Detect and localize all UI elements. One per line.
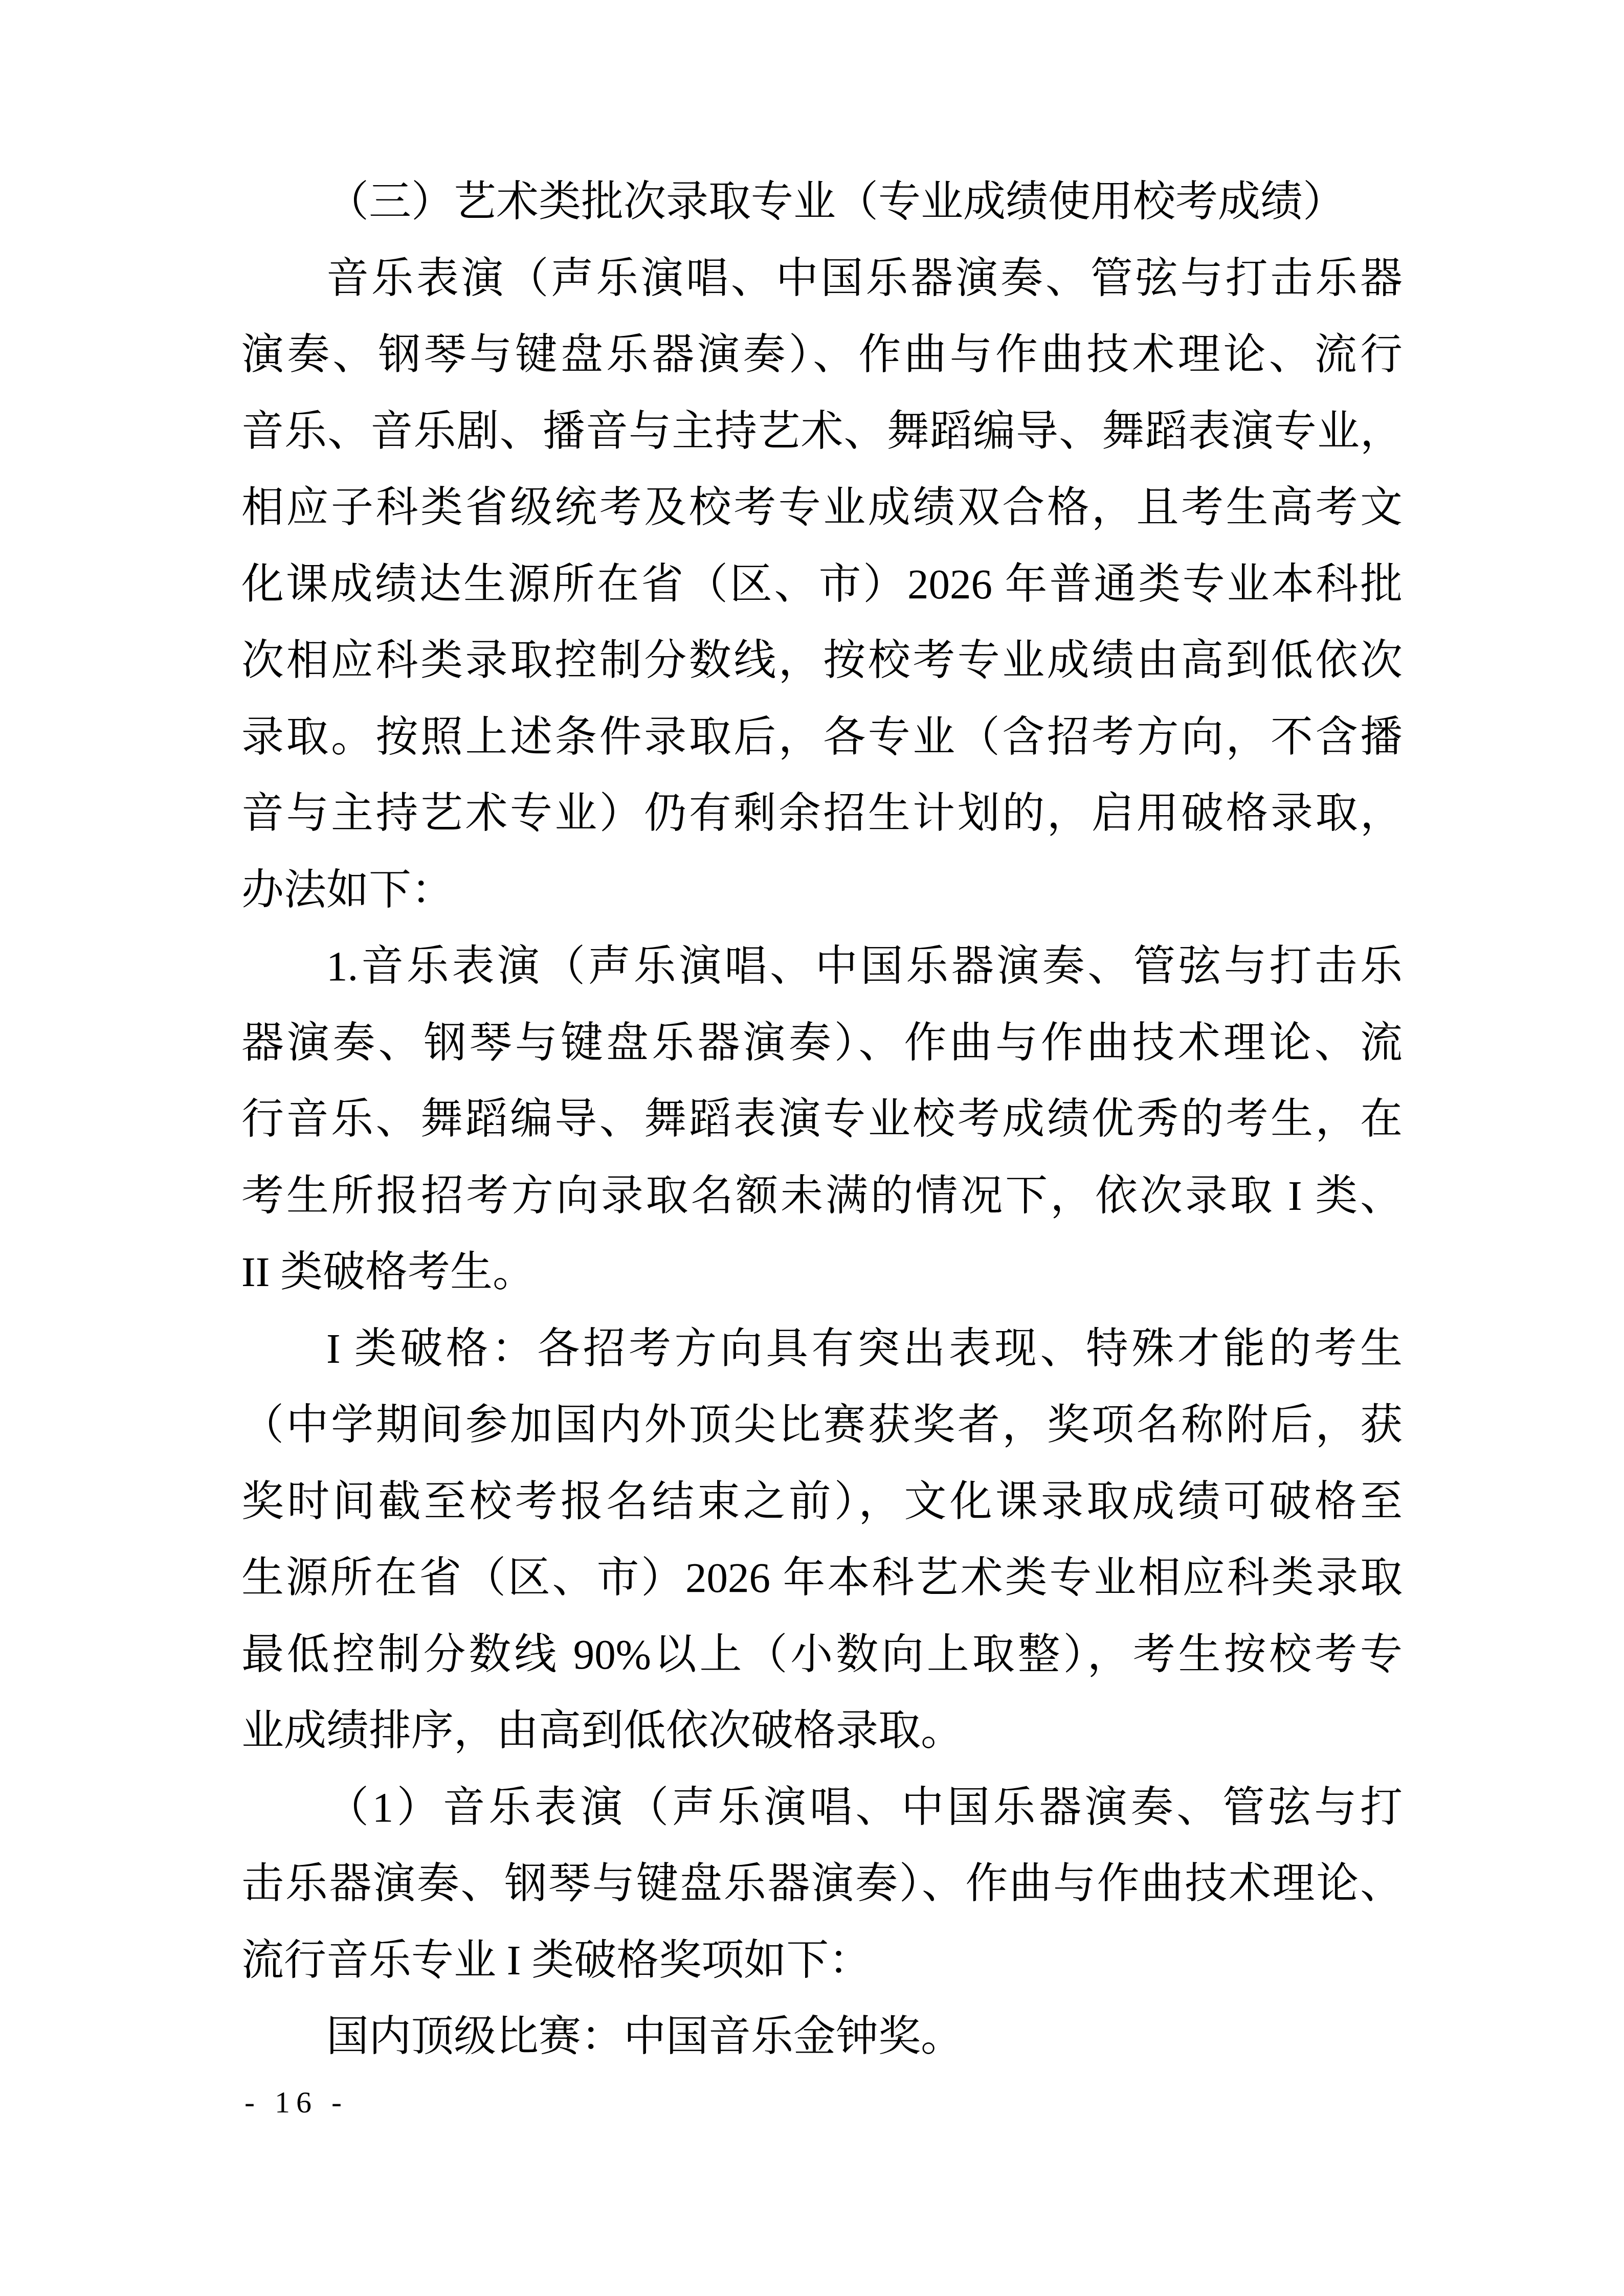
- text-line: 音乐、音乐剧、播音与主持艺术、舞蹈编导、舞蹈表演专业，: [241, 393, 1403, 470]
- text-line: 业成绩排序，由高到低依次破格录取。: [241, 1693, 1403, 1769]
- text-line: 次相应科类录取控制分数线，按校考专业成绩由高到低依次: [241, 622, 1403, 699]
- text-line: 音与主持艺术专业）仍有剩余招生计划的，启用破格录取，: [241, 775, 1403, 852]
- text-line: （中学期间参加国内外顶尖比赛获奖者，奖项名称附后，获: [241, 1387, 1403, 1464]
- text-line: II 类破格考生。: [241, 1234, 1403, 1311]
- text-line: I 类破格：各招考方向具有突出表现、特殊才能的考生: [241, 1311, 1403, 1387]
- text-line: 化课成绩达生源所在省（区、市）2026 年普通类专业本科批: [241, 546, 1403, 623]
- text-line: 相应子科类省级统考及校考专业成绩双合格，且考生高考文: [241, 469, 1403, 546]
- text-line: 行音乐、舞蹈编导、舞蹈表演专业校考成绩优秀的考生，在: [241, 1081, 1403, 1158]
- text-line: 音乐表演（声乐演唱、中国乐器演奏、管弦与打击乐器: [241, 240, 1403, 317]
- text-line: 奖时间截至校考报名结束之前），文化课录取成绩可破格至: [241, 1464, 1403, 1540]
- text-line: 最低控制分数线 90%以上（小数向上取整），考生按校考专: [241, 1616, 1403, 1693]
- text-line: 击乐器演奏、钢琴与键盘乐器演奏）、作曲与作曲技术理论、: [241, 1845, 1403, 1922]
- text-line: 流行音乐专业 I 类破格奖项如下：: [241, 1922, 1403, 1999]
- text-line: 考生所报招考方向录取名额未满的情况下，依次录取 I 类、: [241, 1158, 1403, 1234]
- document-page: （三）艺术类批次录取专业（专业成绩使用校考成绩）音乐表演（声乐演唱、中国乐器演奏…: [0, 0, 1624, 2296]
- text-line: 国内顶级比赛：中国音乐金钟奖。: [241, 1998, 1403, 2075]
- text-line: （1）音乐表演（声乐演唱、中国乐器演奏、管弦与打: [241, 1769, 1403, 1846]
- text-line: 器演奏、钢琴与键盘乐器演奏）、作曲与作曲技术理论、流: [241, 1005, 1403, 1082]
- text-line: 生源所在省（区、市）2026 年本科艺术类专业相应科类录取: [241, 1540, 1403, 1616]
- text-line: 1.音乐表演（声乐演唱、中国乐器演奏、管弦与打击乐: [241, 928, 1403, 1005]
- text-line: 演奏、钢琴与键盘乐器演奏）、作曲与作曲技术理论、流行: [241, 317, 1403, 393]
- document-body: （三）艺术类批次录取专业（专业成绩使用校考成绩）音乐表演（声乐演唱、中国乐器演奏…: [241, 164, 1403, 2075]
- text-line: （三）艺术类批次录取专业（专业成绩使用校考成绩）: [241, 164, 1403, 240]
- text-line: 录取。按照上述条件录取后，各专业（含招考方向，不含播: [241, 699, 1403, 776]
- page-number: - 16 -: [244, 2086, 348, 2118]
- text-line: 办法如下：: [241, 852, 1403, 929]
